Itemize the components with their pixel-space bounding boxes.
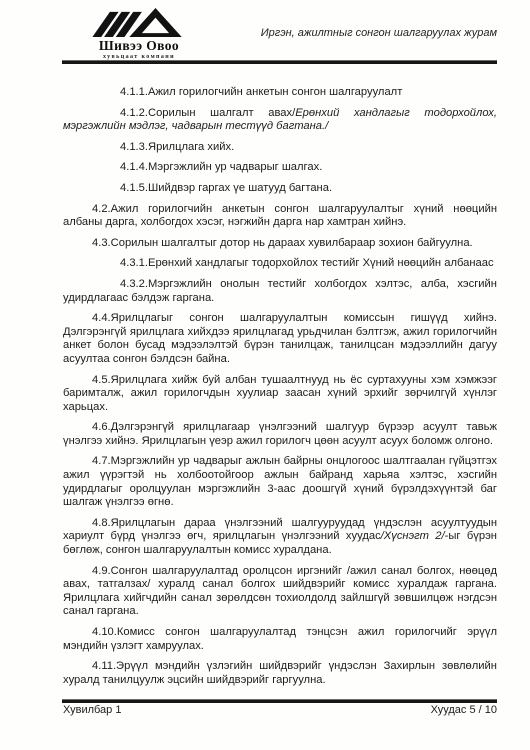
paragraph: 4.6.Дэлгэрэнгүй ярилцлагаар үнэлгээний ш… xyxy=(63,421,497,448)
text-segment: 4.1.2.Сорилын шалгалт авах/ xyxy=(120,107,295,119)
text-segment: 4.5.Ярилцлага хийж буй албан тушаалтнууд… xyxy=(63,374,497,413)
text-segment: 4.1.5.Шийдвэр гаргах үе шатууд багтана. xyxy=(120,182,332,194)
text-segment: 4.1.3.Ярилцлага хийх. xyxy=(120,141,234,153)
document-title: Иргэн, ажилтныг сонгон шалгаруулах журам xyxy=(261,27,497,39)
text-segment: 4.4.Ярилцлагыг сонгон шалгаруулалтын ком… xyxy=(63,312,497,365)
text-segment: 4.3.1.Ерөнхий хандлагыг тодорхойлох тест… xyxy=(120,257,494,269)
paragraph: 4.7.Мэргэжлийн ур чадварыг ажлын байрны … xyxy=(63,455,497,509)
company-logo: Шивээ Овоо хувьцаат компани xyxy=(80,6,198,61)
paragraph: 4.1.1.Ажил горилогчийн анкетын сонгон ша… xyxy=(63,86,497,100)
paragraph: 4.11.Эрүүл мэндийн үзлэгийн шийдвэрийг ү… xyxy=(63,660,497,687)
header-divider xyxy=(62,60,497,64)
text-segment: 4.10.Комисс сонгон шалгаруулалтад тэнцсэ… xyxy=(63,626,497,652)
paragraph: 4.9.Сонгон шалгаруулалтад оролцсон иргэн… xyxy=(63,565,497,619)
document-page: Шивээ Овоо хувьцаат компани Иргэн, ажилт… xyxy=(0,0,530,750)
footer-divider xyxy=(62,699,497,703)
document-body: 4.1.1.Ажил горилогчийн анкетын сонгон ша… xyxy=(63,86,497,694)
paragraph: 4.3.Сорилын шалгалтыг дотор нь дараах ху… xyxy=(63,237,497,251)
text-segment: 4.1.4.Мэргэжлийн ур чадварыг шалгах. xyxy=(120,161,322,173)
footer-page-number: Хуудас 5 / 10 xyxy=(431,704,497,716)
page-footer: Хувилбар 1 Хуудас 5 / 10 xyxy=(63,704,497,716)
text-segment: 4.11.Эрүүл мэндийн үзлэгийн шийдвэрийг ү… xyxy=(63,660,497,686)
text-segment: /Хүснэгт 2/ xyxy=(381,530,445,542)
text-segment: 4.3.Сорилын шалгалтыг дотор нь дараах ху… xyxy=(92,237,473,249)
text-segment: 4.2.Ажил горилогчийн анкетын сонгон шалг… xyxy=(63,203,497,229)
paragraph: 4.1.3.Ярилцлага хийх. xyxy=(63,141,497,155)
paragraph: 4.1.5.Шийдвэр гаргах үе шатууд багтана. xyxy=(63,182,497,196)
text-segment: 4.6.Дэлгэрэнгүй ярилцлагаар үнэлгээний ш… xyxy=(63,421,497,447)
company-name: Шивээ Овоо xyxy=(80,39,198,53)
paragraph: 4.2.Ажил горилогчийн анкетын сонгон шалг… xyxy=(63,203,497,230)
paragraph: 4.10.Комисс сонгон шалгаруулалтад тэнцсэ… xyxy=(63,626,497,653)
paragraph: 4.1.4.Мэргэжлийн ур чадварыг шалгах. xyxy=(63,161,497,175)
footer-version: Хувилбар 1 xyxy=(63,704,121,716)
paragraph: 4.5.Ярилцлага хийж буй албан тушаалтнууд… xyxy=(63,374,497,415)
paragraph: 4.4.Ярилцлагыг сонгон шалгаруулалтын ком… xyxy=(63,312,497,366)
text-segment: 4.3.2.Мэргэжлийн онолын тестийг холбогдо… xyxy=(63,278,497,304)
text-segment: 4.7.Мэргэжлийн ур чадварыг ажлын байрны … xyxy=(63,455,497,508)
paragraph: 4.1.2.Сорилын шалгалт авах/Ерөнхий хандл… xyxy=(63,107,497,134)
text-segment: 4.9.Сонгон шалгаруулалтад оролцсон иргэн… xyxy=(63,565,497,618)
paragraph: 4.8.Ярилцлагын дараа үнэлгээний шалгууру… xyxy=(63,517,497,558)
text-segment: 4.1.1.Ажил горилогчийн анкетын сонгон ша… xyxy=(120,86,402,98)
paragraph: 4.3.1.Ерөнхий хандлагыг тодорхойлох тест… xyxy=(63,257,497,271)
mountain-logo-icon xyxy=(90,6,188,39)
paragraph: 4.3.2.Мэргэжлийн онолын тестийг холбогдо… xyxy=(63,278,497,305)
